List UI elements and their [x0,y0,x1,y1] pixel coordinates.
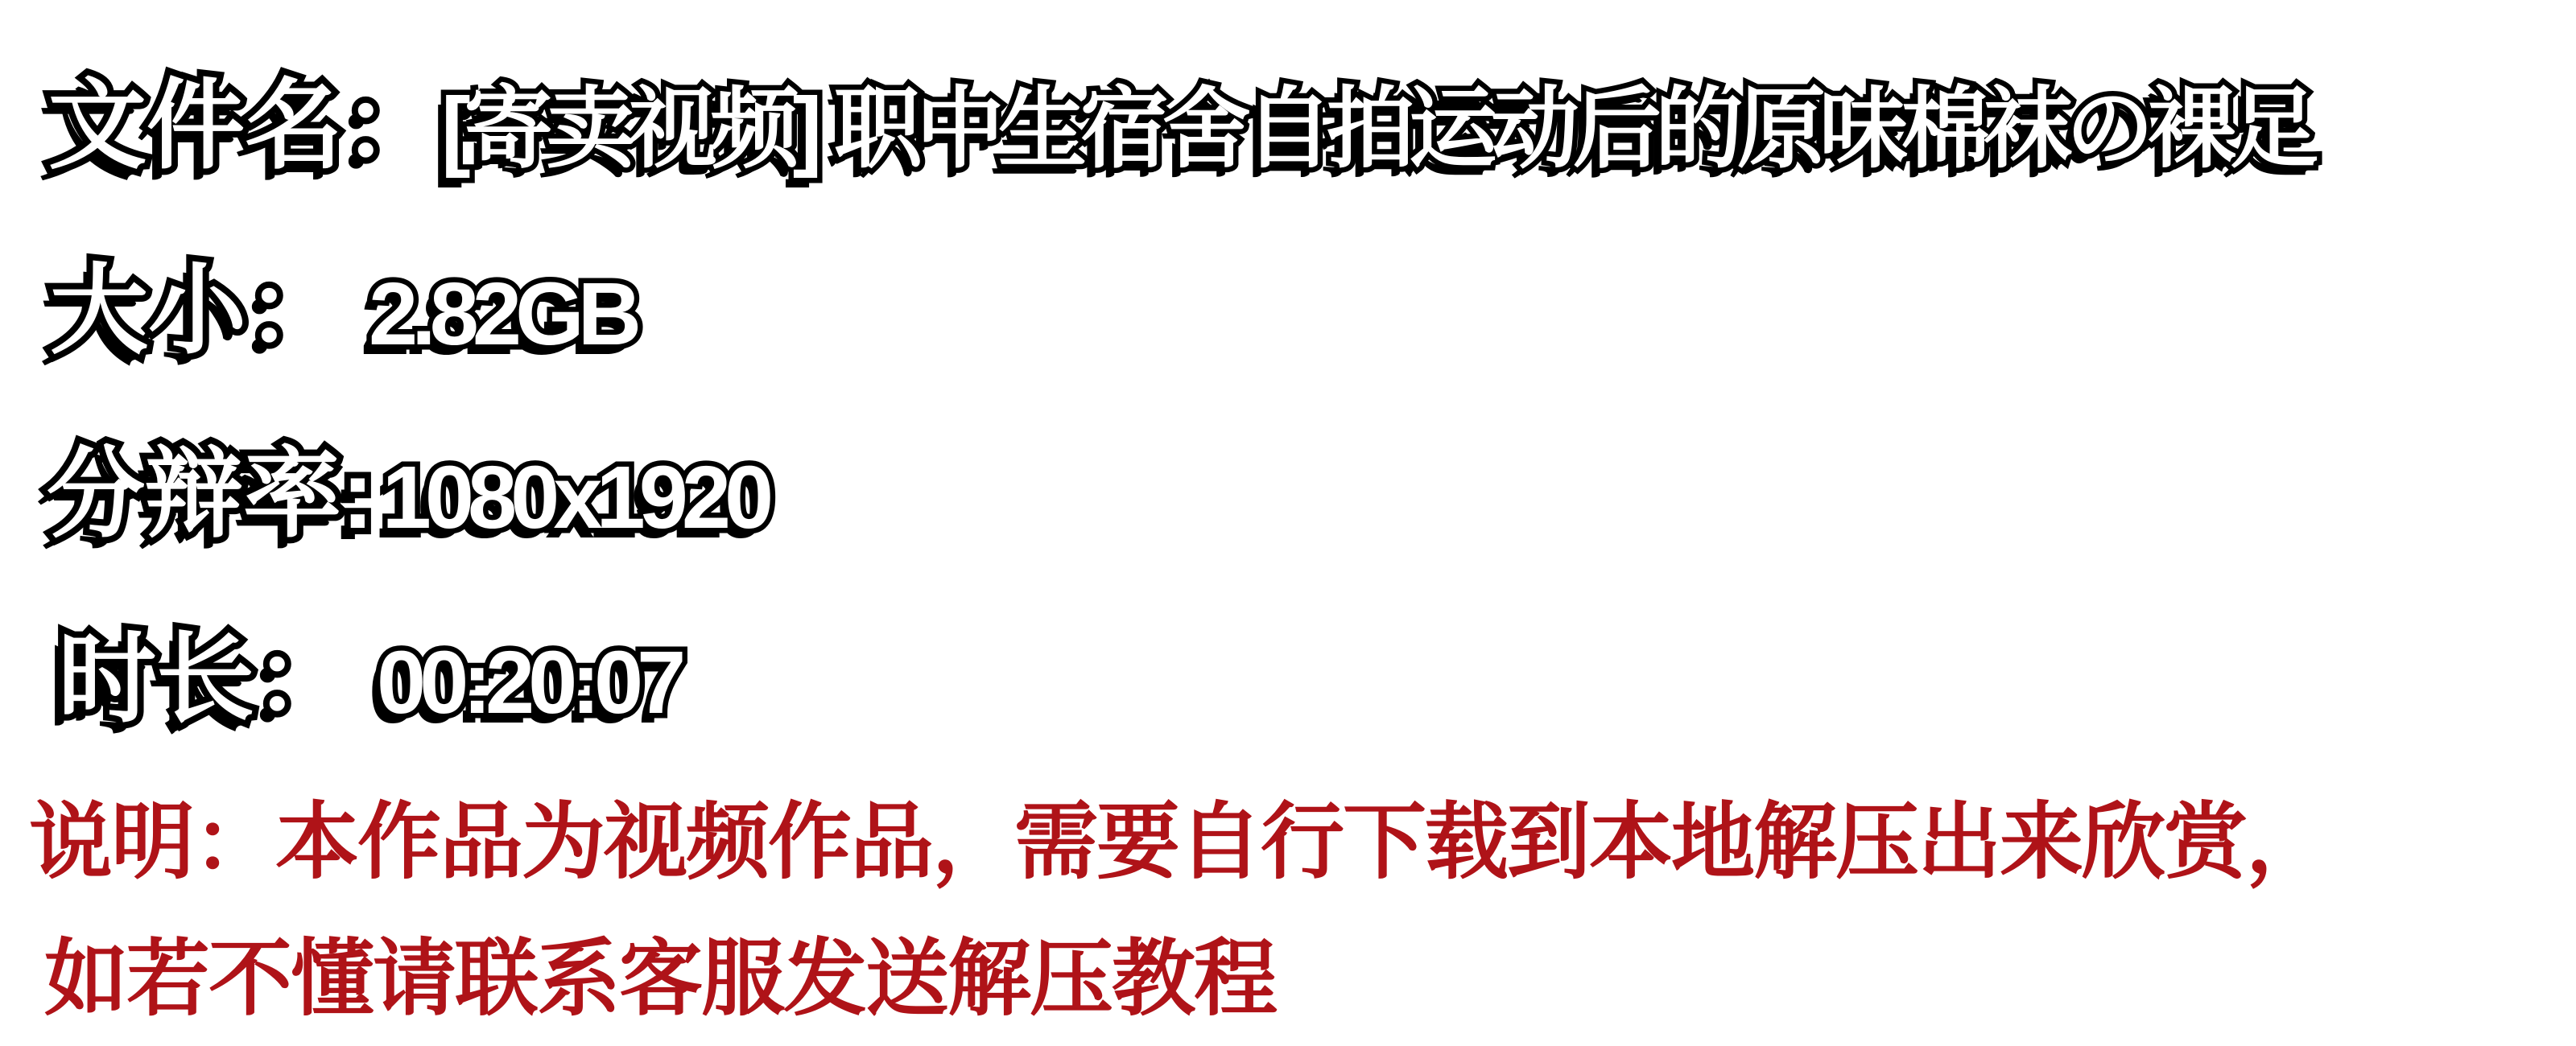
file-name-row: 文件名： [寄卖视频] 职中生宿舍自拍运动后的原味棉袜の裸足 [48,76,2312,175]
resolution-label: 分辩率: [47,445,374,543]
file-size-value: 2.82GB [369,270,635,359]
duration-row: 时长： 00:20:07 [58,630,679,728]
notice-line-2: 如若不懂请联系客服发送解压教程 [44,937,1276,1021]
duration-value: 00:20:07 [377,639,679,727]
resolution-row: 分辩率: 1080x1920 [47,445,767,543]
notice-line-1: 说明：本作品为视频作品，需要自行下载到本地解压出来欣赏， [29,801,2328,884]
file-name-value: [寄卖视频] 职中生宿舍自拍运动后的原味棉袜の裸足 [441,85,2312,174]
file-size-label: 大小： [50,261,345,360]
file-name-label: 文件名： [48,76,441,175]
description-image: 文件名： [寄卖视频] 职中生宿舍自拍运动后的原味棉袜の裸足 大小： 2.82G… [0,0,2576,1046]
file-size-row: 大小： 2.82GB [50,261,635,360]
resolution-value: 1080x1920 [382,454,768,542]
duration-label: 时长： [58,630,353,728]
